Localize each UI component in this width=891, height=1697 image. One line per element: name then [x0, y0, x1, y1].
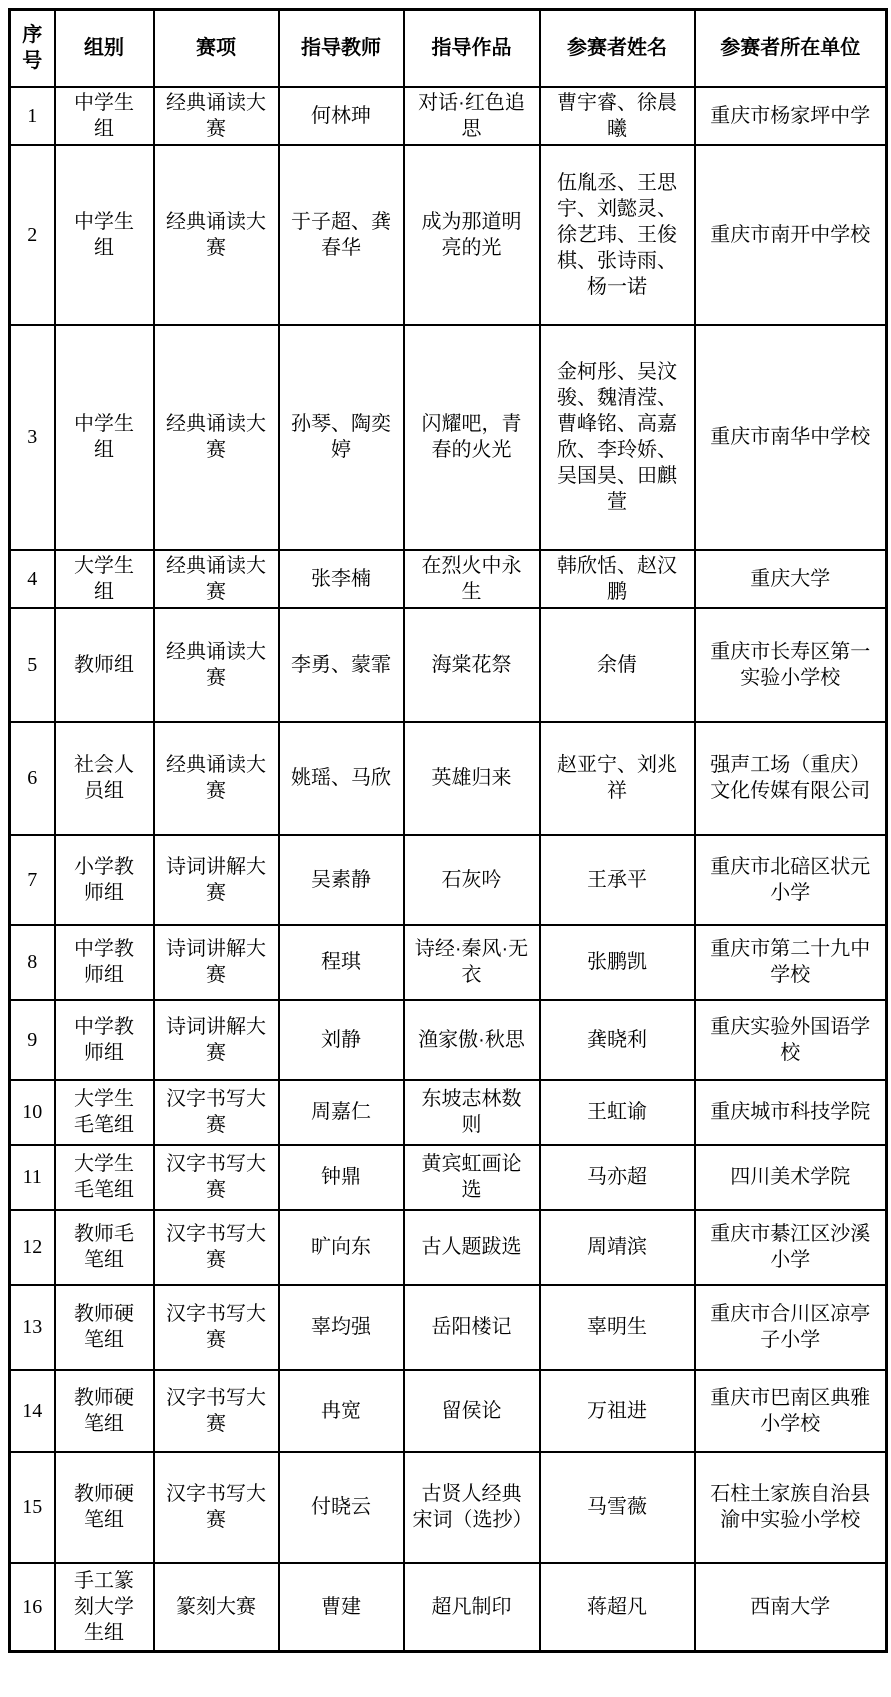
cell-group: 教师组: [55, 608, 154, 722]
cell-event: 经典诵读大赛: [154, 145, 279, 325]
cell-group: 手工篆刻大学生组: [55, 1563, 154, 1652]
cell-participants: 辜明生: [540, 1285, 695, 1370]
cell-unit: 重庆市第二十九中学校: [695, 925, 887, 1000]
table-row: 5教师组经典诵读大赛李勇、蒙霏海棠花祭余倩重庆市长寿区第一实验小学校: [10, 608, 887, 722]
cell-teacher: 李勇、蒙霏: [279, 608, 404, 722]
cell-teacher: 辜均强: [279, 1285, 404, 1370]
column-header-unit: 参赛者所在单位: [695, 10, 887, 87]
cell-teacher: 姚瑶、马欣: [279, 722, 404, 835]
cell-participants: 伍胤丞、王思宇、刘懿灵、徐艺玮、王俊棋、张诗雨、杨一诺: [540, 145, 695, 325]
cell-group: 中学教师组: [55, 1000, 154, 1080]
cell-teacher: 刘静: [279, 1000, 404, 1080]
cell-unit: 重庆市合川区凉亭子小学: [695, 1285, 887, 1370]
cell-teacher: 冉宽: [279, 1370, 404, 1452]
results-table: 序号组别赛项指导教师指导作品参赛者姓名参赛者所在单位 1中学生组经典诵读大赛何林…: [8, 8, 888, 1653]
document-area: 序号组别赛项指导教师指导作品参赛者姓名参赛者所在单位 1中学生组经典诵读大赛何林…: [0, 0, 891, 1653]
cell-group: 大学生毛笔组: [55, 1145, 154, 1210]
cell-unit: 四川美术学院: [695, 1145, 887, 1210]
cell-event: 汉字书写大赛: [154, 1210, 279, 1285]
cell-event: 诗词讲解大赛: [154, 1000, 279, 1080]
cell-event: 经典诵读大赛: [154, 87, 279, 145]
cell-unit: 重庆大学: [695, 550, 887, 608]
cell-teacher: 曹建: [279, 1563, 404, 1652]
cell-teacher: 程琪: [279, 925, 404, 1000]
cell-num: 10: [10, 1080, 55, 1145]
cell-participants: 周靖滨: [540, 1210, 695, 1285]
table-row: 9中学教师组诗词讲解大赛刘静渔家傲·秋思龚晓利重庆实验外国语学校: [10, 1000, 887, 1080]
table-row: 8中学教师组诗词讲解大赛程琪诗经·秦风·无衣张鹏凯重庆市第二十九中学校: [10, 925, 887, 1000]
cell-event: 汉字书写大赛: [154, 1285, 279, 1370]
cell-teacher: 旷向东: [279, 1210, 404, 1285]
cell-participants: 王承平: [540, 835, 695, 925]
cell-work: 超凡制印: [404, 1563, 540, 1652]
cell-num: 8: [10, 925, 55, 1000]
cell-group: 中学生组: [55, 87, 154, 145]
cell-participants: 马亦超: [540, 1145, 695, 1210]
cell-work: 成为那道明亮的光: [404, 145, 540, 325]
cell-group: 大学生毛笔组: [55, 1080, 154, 1145]
table-row: 12教师毛笔组汉字书写大赛旷向东古人题跋选周靖滨重庆市綦江区沙溪小学: [10, 1210, 887, 1285]
cell-work: 闪耀吧，青春的火光: [404, 325, 540, 550]
cell-num: 1: [10, 87, 55, 145]
table-row: 16手工篆刻大学生组篆刻大赛曹建超凡制印蒋超凡西南大学: [10, 1563, 887, 1652]
cell-num: 6: [10, 722, 55, 835]
table-row: 1中学生组经典诵读大赛何林珅对话·红色追思曹宇睿、徐晨曦重庆市杨家坪中学: [10, 87, 887, 145]
cell-work: 海棠花祭: [404, 608, 540, 722]
cell-unit: 石柱土家族自治县渝中实验小学校: [695, 1452, 887, 1563]
cell-work: 古贤人经典宋词（选抄）: [404, 1452, 540, 1563]
table-row: 10大学生毛笔组汉字书写大赛周嘉仁东坡志林数则王虹谕重庆城市科技学院: [10, 1080, 887, 1145]
table-row: 13教师硬笔组汉字书写大赛辜均强岳阳楼记辜明生重庆市合川区凉亭子小学: [10, 1285, 887, 1370]
cell-event: 汉字书写大赛: [154, 1080, 279, 1145]
cell-work: 留侯论: [404, 1370, 540, 1452]
cell-group: 中学教师组: [55, 925, 154, 1000]
cell-unit: 重庆市南华中学校: [695, 325, 887, 550]
cell-num: 13: [10, 1285, 55, 1370]
cell-event: 篆刻大赛: [154, 1563, 279, 1652]
cell-work: 岳阳楼记: [404, 1285, 540, 1370]
cell-event: 经典诵读大赛: [154, 325, 279, 550]
cell-participants: 万祖进: [540, 1370, 695, 1452]
column-header-participants: 参赛者姓名: [540, 10, 695, 87]
cell-num: 5: [10, 608, 55, 722]
cell-num: 2: [10, 145, 55, 325]
cell-group: 小学教师组: [55, 835, 154, 925]
cell-num: 3: [10, 325, 55, 550]
cell-participants: 龚晓利: [540, 1000, 695, 1080]
cell-work: 渔家傲·秋思: [404, 1000, 540, 1080]
cell-group: 教师硬笔组: [55, 1370, 154, 1452]
column-header-group: 组别: [55, 10, 154, 87]
cell-num: 7: [10, 835, 55, 925]
cell-num: 9: [10, 1000, 55, 1080]
cell-teacher: 吴素静: [279, 835, 404, 925]
table-row: 4大学生组经典诵读大赛张李楠在烈火中永生韩欣恬、赵汉鹏重庆大学: [10, 550, 887, 608]
header-row: 序号组别赛项指导教师指导作品参赛者姓名参赛者所在单位: [10, 10, 887, 87]
cell-num: 12: [10, 1210, 55, 1285]
column-header-teacher: 指导教师: [279, 10, 404, 87]
cell-unit: 重庆城市科技学院: [695, 1080, 887, 1145]
cell-num: 15: [10, 1452, 55, 1563]
cell-event: 经典诵读大赛: [154, 550, 279, 608]
cell-group: 教师硬笔组: [55, 1285, 154, 1370]
cell-event: 经典诵读大赛: [154, 608, 279, 722]
column-header-num: 序号: [10, 10, 55, 87]
cell-participants: 马雪薇: [540, 1452, 695, 1563]
cell-work: 黄宾虹画论选: [404, 1145, 540, 1210]
cell-work: 在烈火中永生: [404, 550, 540, 608]
cell-unit: 西南大学: [695, 1563, 887, 1652]
cell-num: 16: [10, 1563, 55, 1652]
cell-teacher: 何林珅: [279, 87, 404, 145]
cell-work: 古人题跋选: [404, 1210, 540, 1285]
cell-unit: 重庆市长寿区第一实验小学校: [695, 608, 887, 722]
cell-participants: 赵亚宁、刘兆祥: [540, 722, 695, 835]
cell-participants: 曹宇睿、徐晨曦: [540, 87, 695, 145]
cell-teacher: 钟鼎: [279, 1145, 404, 1210]
cell-teacher: 张李楠: [279, 550, 404, 608]
cell-unit: 重庆市杨家坪中学: [695, 87, 887, 145]
cell-teacher: 周嘉仁: [279, 1080, 404, 1145]
cell-unit: 重庆市南开中学校: [695, 145, 887, 325]
cell-participants: 张鹏凯: [540, 925, 695, 1000]
table-row: 7小学教师组诗词讲解大赛吴素静石灰吟王承平重庆市北碚区状元小学: [10, 835, 887, 925]
cell-work: 石灰吟: [404, 835, 540, 925]
table-row: 2中学生组经典诵读大赛于子超、龚春华成为那道明亮的光伍胤丞、王思宇、刘懿灵、徐艺…: [10, 145, 887, 325]
cell-work: 诗经·秦风·无衣: [404, 925, 540, 1000]
table-row: 11大学生毛笔组汉字书写大赛钟鼎黄宾虹画论选马亦超四川美术学院: [10, 1145, 887, 1210]
cell-event: 经典诵读大赛: [154, 722, 279, 835]
cell-num: 4: [10, 550, 55, 608]
cell-teacher: 于子超、龚春华: [279, 145, 404, 325]
cell-participants: 蒋超凡: [540, 1563, 695, 1652]
cell-work: 英雄归来: [404, 722, 540, 835]
cell-group: 教师硬笔组: [55, 1452, 154, 1563]
cell-work: 东坡志林数则: [404, 1080, 540, 1145]
page: { "table": { "columns": [ { "key": "num"…: [0, 0, 891, 1697]
table-row: 6社会人员组经典诵读大赛姚瑶、马欣英雄归来赵亚宁、刘兆祥强声工场（重庆）文化传媒…: [10, 722, 887, 835]
cell-work: 对话·红色追思: [404, 87, 540, 145]
cell-unit: 重庆实验外国语学校: [695, 1000, 887, 1080]
cell-event: 诗词讲解大赛: [154, 835, 279, 925]
cell-teacher: 付晓云: [279, 1452, 404, 1563]
cell-event: 诗词讲解大赛: [154, 925, 279, 1000]
cell-num: 11: [10, 1145, 55, 1210]
cell-unit: 重庆市巴南区典雅小学校: [695, 1370, 887, 1452]
cell-unit: 重庆市北碚区状元小学: [695, 835, 887, 925]
cell-participants: 金柯彤、吴汶骏、魏清滢、曹峰铭、高嘉欣、李玲娇、吴国昊、田麒萱: [540, 325, 695, 550]
cell-unit: 强声工场（重庆）文化传媒有限公司: [695, 722, 887, 835]
cell-event: 汉字书写大赛: [154, 1452, 279, 1563]
cell-teacher: 孙琴、陶奕婷: [279, 325, 404, 550]
cell-group: 社会人员组: [55, 722, 154, 835]
cell-participants: 余倩: [540, 608, 695, 722]
cell-participants: 王虹谕: [540, 1080, 695, 1145]
cell-event: 汉字书写大赛: [154, 1370, 279, 1452]
cell-group: 中学生组: [55, 145, 154, 325]
cell-unit: 重庆市綦江区沙溪小学: [695, 1210, 887, 1285]
table-row: 14教师硬笔组汉字书写大赛冉宽留侯论万祖进重庆市巴南区典雅小学校: [10, 1370, 887, 1452]
cell-group: 教师毛笔组: [55, 1210, 154, 1285]
column-header-event: 赛项: [154, 10, 279, 87]
table-row: 3中学生组经典诵读大赛孙琴、陶奕婷闪耀吧，青春的火光金柯彤、吴汶骏、魏清滢、曹峰…: [10, 325, 887, 550]
cell-num: 14: [10, 1370, 55, 1452]
cell-event: 汉字书写大赛: [154, 1145, 279, 1210]
column-header-work: 指导作品: [404, 10, 540, 87]
cell-participants: 韩欣恬、赵汉鹏: [540, 550, 695, 608]
cell-group: 大学生组: [55, 550, 154, 608]
table-row: 15教师硬笔组汉字书写大赛付晓云古贤人经典宋词（选抄）马雪薇石柱土家族自治县渝中…: [10, 1452, 887, 1563]
cell-group: 中学生组: [55, 325, 154, 550]
